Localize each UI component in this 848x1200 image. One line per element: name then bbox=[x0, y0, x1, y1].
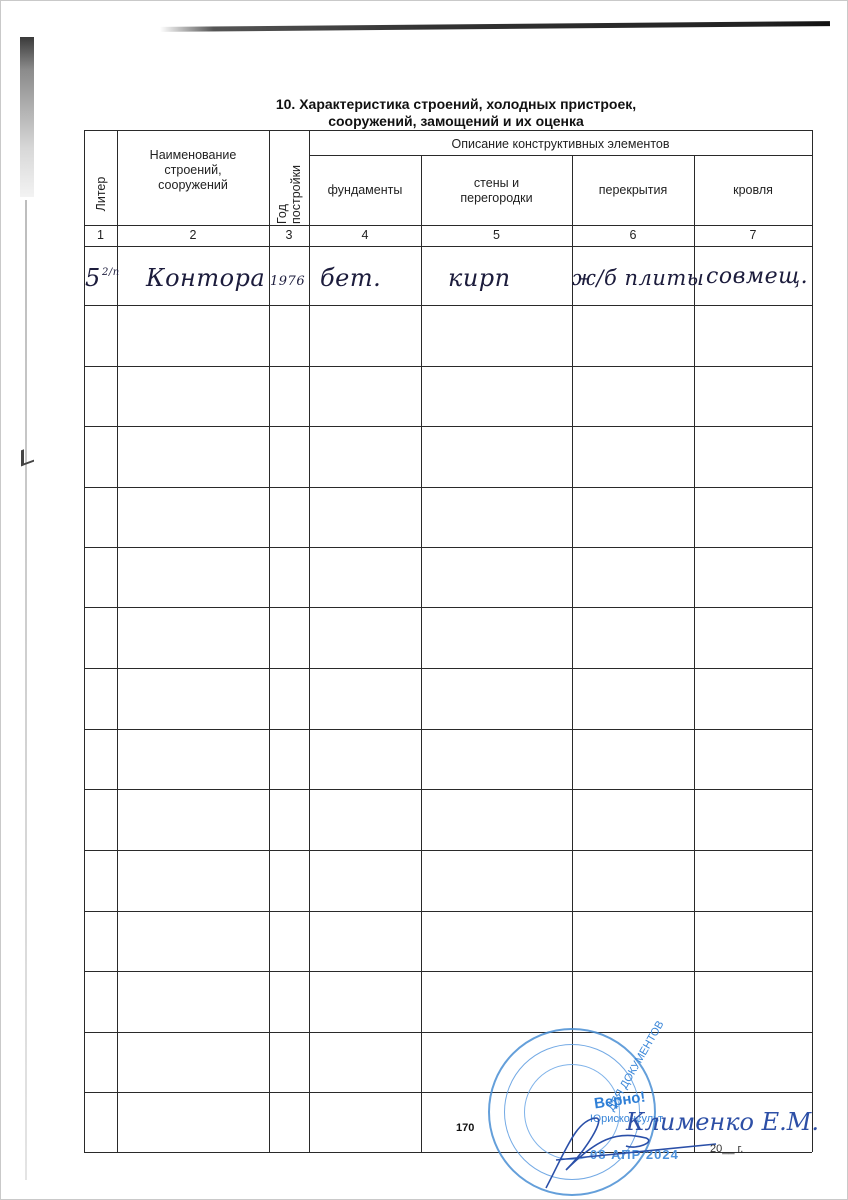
row-divider bbox=[84, 668, 812, 669]
cell-liter: 5 bbox=[85, 264, 101, 292]
col-number-6: 6 bbox=[572, 228, 694, 242]
col-divider bbox=[421, 155, 422, 1152]
row-divider bbox=[84, 911, 812, 912]
row-divider bbox=[84, 850, 812, 851]
number-row-divider bbox=[84, 246, 812, 247]
col-number-7: 7 bbox=[694, 228, 812, 242]
header-divider bbox=[84, 225, 812, 226]
row-divider bbox=[84, 366, 812, 367]
header-year-line1: Год bbox=[275, 140, 289, 230]
cell-liter-fraction: 2/п bbox=[102, 268, 114, 278]
header-name-line1: Наименование bbox=[150, 148, 237, 163]
section-title-line2: сооружений, замощений и их оценка bbox=[84, 113, 828, 129]
col-divider bbox=[309, 130, 310, 1152]
header-name: Наименование строений, сооружений bbox=[117, 148, 269, 193]
table-border-right bbox=[812, 130, 813, 1152]
col-number-4: 4 bbox=[309, 228, 421, 242]
header-year-line2: постройки bbox=[289, 140, 303, 230]
scan-artifact-left-bar bbox=[20, 37, 34, 197]
col-divider bbox=[694, 155, 695, 1152]
col-divider bbox=[117, 130, 118, 1152]
row-divider bbox=[84, 1032, 812, 1033]
cell-floors: ж/б плиты bbox=[572, 266, 704, 290]
scan-artifact-left-line bbox=[25, 200, 27, 1180]
header-walls-line2: перегородки bbox=[460, 191, 532, 206]
cell-name: Контора bbox=[146, 264, 265, 292]
table-border-top bbox=[84, 130, 812, 131]
col-number-3: 3 bbox=[269, 228, 309, 242]
col-number-5: 5 bbox=[421, 228, 572, 242]
row-divider bbox=[84, 971, 812, 972]
cell-roof: совмещ. bbox=[706, 264, 808, 289]
row-divider bbox=[84, 607, 812, 608]
header-walls-line1: стены и bbox=[474, 176, 519, 191]
page-number: 170 bbox=[456, 1122, 474, 1134]
header-roof: кровля bbox=[694, 156, 812, 225]
row-divider bbox=[84, 487, 812, 488]
cell-year: 1976 bbox=[270, 274, 305, 289]
header-floors: перекрытия bbox=[572, 156, 694, 225]
header-walls: стены и перегородки bbox=[421, 156, 572, 225]
header-foundation: фундаменты bbox=[309, 156, 421, 225]
header-year: Год постройки bbox=[275, 140, 303, 230]
col-number-2: 2 bbox=[117, 228, 269, 242]
signature-name: Клименко Е.М. bbox=[626, 1108, 819, 1136]
row-divider bbox=[84, 789, 812, 790]
cell-foundation: бет. bbox=[320, 264, 381, 292]
row-divider bbox=[84, 1092, 812, 1093]
row-divider bbox=[84, 426, 812, 427]
signature-date-placeholder: 20__ г. bbox=[710, 1143, 743, 1155]
header-name-line3: сооружений bbox=[158, 178, 228, 193]
row-divider bbox=[84, 305, 812, 306]
header-group-description: Описание конструктивных элементов bbox=[309, 134, 812, 154]
row-divider bbox=[84, 729, 812, 730]
section-title-line1: 10. Характеристика строений, холодных пр… bbox=[84, 96, 828, 112]
col-number-1: 1 bbox=[84, 228, 117, 242]
col-divider bbox=[572, 155, 573, 1152]
header-liter: Литер bbox=[94, 163, 108, 225]
header-name-line2: строений, bbox=[164, 163, 221, 178]
cell-walls: кирп bbox=[448, 264, 511, 292]
row-divider bbox=[84, 547, 812, 548]
